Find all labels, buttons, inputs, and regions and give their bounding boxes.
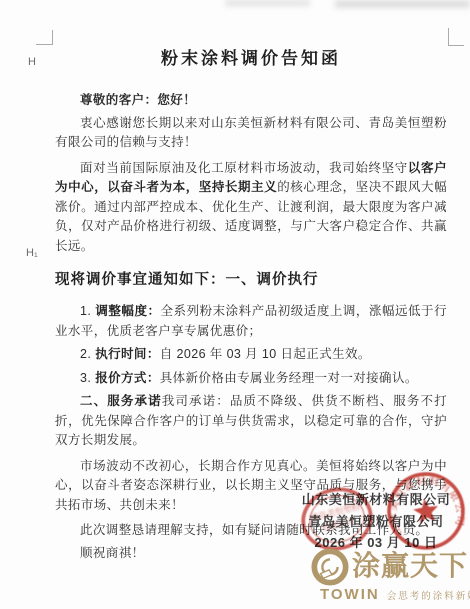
margin-style-marker-h: H [28,56,36,68]
document-page: H H₁ 粉末涂料调价告知函 尊敬的客户：您好！ 衷心感谢您长期以来对山东美恒新… [0,0,470,609]
scan-smudge [335,0,470,8]
list-item-3: 3.报价方式：具体新价格由专属业务经理一对一对接确认。 [55,369,447,389]
towin-logo-icon [311,548,349,586]
paragraph-service-bold: 二、服务承诺 [80,394,162,408]
brand-latin: TOWIN [320,586,380,603]
paragraph-service: 二、服务承诺我司承诺：品质不降级、供货不断档、服务不打折，优先保障合作客户的订单… [55,392,447,451]
seal-star-icon [412,497,440,524]
towin-watermark: 涂赢天下 TOWIN 会思考的涂料新媒体 [311,548,470,603]
towin-logo-row: 涂赢天下 [311,548,470,586]
paragraph-market-intro-lead: 面对当前国际原油及化工原材料市场波动，我司始终坚守 [80,161,408,175]
list-item-1: 1.调整幅度：全系列粉末涂料产品初级适度上调，涨幅远低于行业水平，优质老客户享专… [55,302,447,341]
item-label: 调整幅度： [95,304,160,318]
text-boundary-mark-right [448,28,464,46]
item-number: 2. [80,347,91,361]
margin-style-marker-h1: H₁ [26,247,38,259]
item-label: 执行时间： [95,347,160,361]
letter-title: 粉末涂料调价告知函 [55,44,447,69]
brand-name: 涂赢天下 [352,548,468,586]
item-number: 1. [80,304,91,318]
brand-tagline: 会思考的涂料新媒体 [387,588,470,602]
item-number: 3. [80,371,91,385]
item-text: 自 2026 年 03 月 10 日起正式生效。 [160,347,371,361]
list-item-2: 2.执行时间：自 2026 年 03 月 10 日起正式生效。 [55,345,447,365]
paragraph-market-intro: 面对当前国际原油及化工原材料市场波动，我司始终坚守以客户为中心，以奋斗者为本，坚… [55,159,447,257]
scan-smudge [225,0,310,6]
item-text: 具体新价格由专属业务经理一对一对接确认。 [160,371,418,385]
company-seal-round-icon: 山东美恒新材料有限公司 [380,465,470,558]
section-heading: 现将调价事宜通知如下：一、调价执行 [55,268,447,289]
salutation: 尊敬的客户：您好！ [55,91,447,111]
paragraph-thanks: 衷心感谢您长期以来对山东美恒新材料有限公司、青岛美恒塑粉有限公司的信赖与支持！ [55,114,447,153]
towin-logo-subrow: TOWIN 会思考的涂料新媒体 [311,586,470,603]
text-boundary-mark-left [36,30,53,45]
item-label: 报价方式： [95,371,160,385]
